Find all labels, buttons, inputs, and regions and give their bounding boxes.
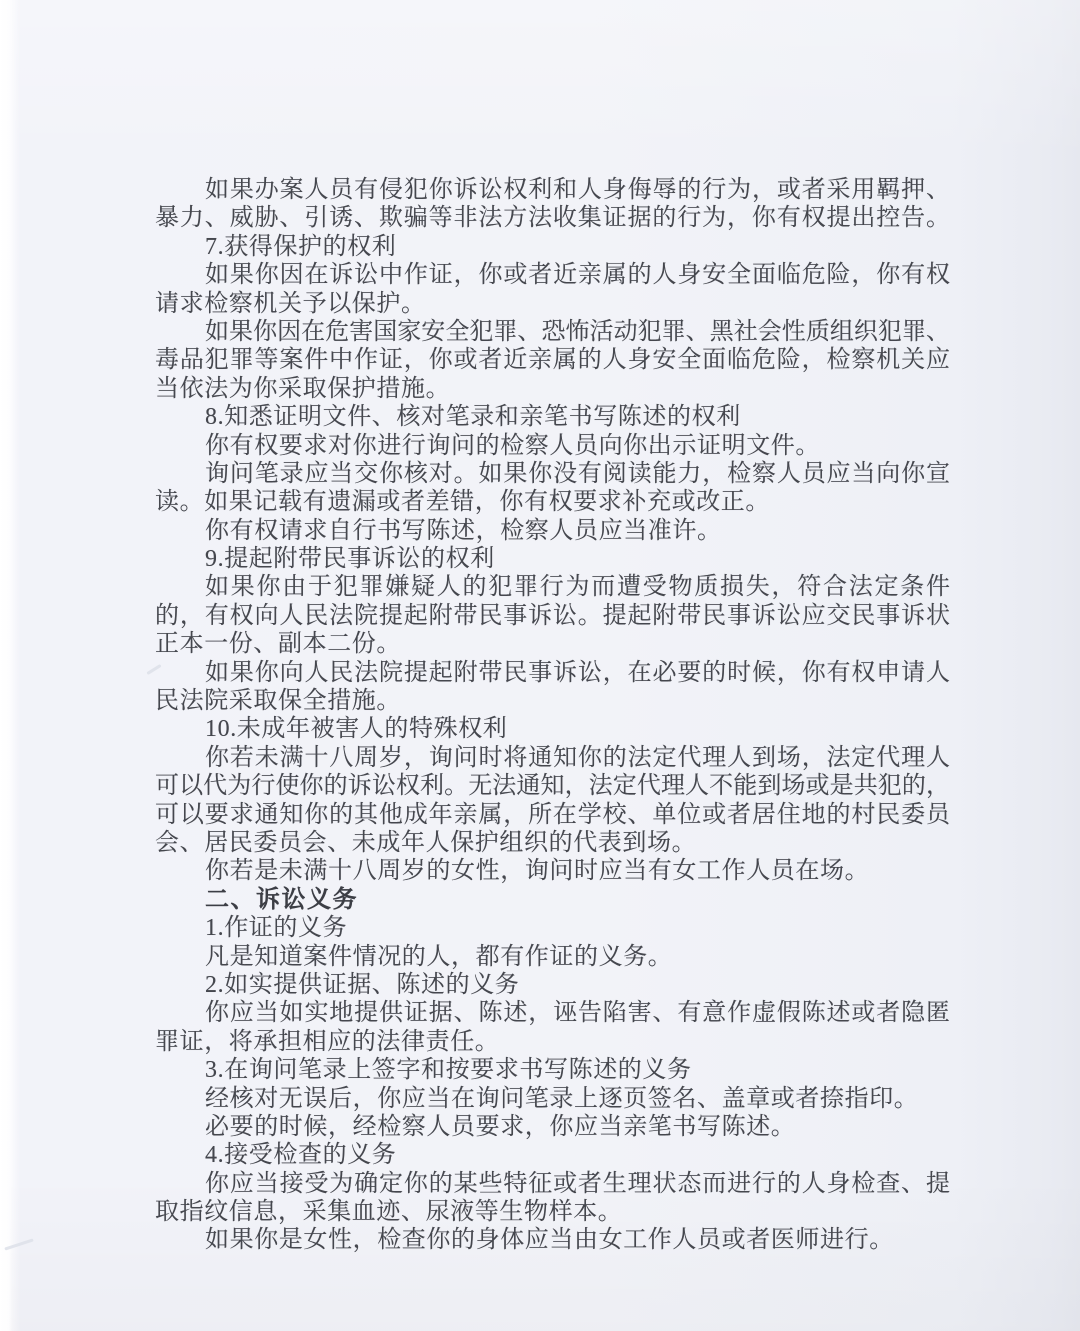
text-line: 当依法为你采取保护措施。 xyxy=(155,375,950,403)
text-line: 必要的时候，经检察人员要求，你应当亲笔书写陈述。 xyxy=(155,1113,950,1141)
text-line: 凡是知道案件情况的人，都有作证的义务。 xyxy=(155,943,950,971)
section-heading: 7.获得保护的权利 xyxy=(155,233,950,261)
text-line: 如果你因在危害国家安全犯罪、恐怖活动犯罪、黑社会性质组织犯罪、 xyxy=(155,318,950,346)
text-line: 你若未满十八周岁，询问时将通知你的法定代理人到场，法定代理人 xyxy=(155,744,950,772)
text-line: 毒品犯罪等案件中作证，你或者近亲属的人身安全面临危险，检察机关应 xyxy=(155,346,950,374)
text-line: 如果你向人民法院提起附带民事诉讼，在必要的时候，你有权申请人 xyxy=(155,659,950,687)
text-line: 你有权请求自行书写陈述，检察人员应当准许。 xyxy=(155,517,950,545)
text-line: 取指纹信息，采集血迹、尿液等生物样本。 xyxy=(155,1198,950,1226)
text-line: 暴力、威胁、引诱、欺骗等非法方法收集证据的行为，你有权提出控告。 xyxy=(155,204,950,232)
document-text-block: 如果办案人员有侵犯你诉讼权利和人身侮辱的行为，或者采用羁押、 暴力、威胁、引诱、… xyxy=(155,176,950,1255)
paper-left-edge xyxy=(0,0,12,1331)
text-line: 如果你是女性，检查你的身体应当由女工作人员或者医师进行。 xyxy=(155,1226,950,1254)
text-line: 如果你因在诉讼中作证，你或者近亲属的人身安全面临危险，你有权 xyxy=(155,261,950,289)
text-line: 读。如果记载有遗漏或者差错，你有权要求补充或改正。 xyxy=(155,488,950,516)
text-line: 正本一份、副本二份。 xyxy=(155,630,950,658)
section-heading: 1.作证的义务 xyxy=(155,914,950,942)
text-line: 你有权要求对你进行询问的检察人员向你出示证明文件。 xyxy=(155,432,950,460)
text-line: 你应当接受为确定你的某些特征或者生理状态而进行的人身检查、提 xyxy=(155,1170,950,1198)
document-page: 如果办案人员有侵犯你诉讼权利和人身侮辱的行为，或者采用羁押、 暴力、威胁、引诱、… xyxy=(0,0,1080,1331)
chapter-heading: 二、诉讼义务 xyxy=(155,886,950,914)
section-heading: 2.如实提供证据、陈述的义务 xyxy=(155,971,950,999)
text-line: 民法院采取保全措施。 xyxy=(155,687,950,715)
text-line: 如果你由于犯罪嫌疑人的犯罪行为而遭受物质损失，符合法定条件 xyxy=(155,573,950,601)
text-line: 的，有权向人民法院提起附带民事诉讼。提起附带民事诉讼应交民事诉状 xyxy=(155,602,950,630)
text-line: 你应当如实地提供证据、陈述，诬告陷害、有意作虚假陈述或者隐匿 xyxy=(155,999,950,1027)
text-line: 罪证，将承担相应的法律责任。 xyxy=(155,1028,950,1056)
section-heading: 9.提起附带民事诉讼的权利 xyxy=(155,545,950,573)
section-heading: 8.知悉证明文件、核对笔录和亲笔书写陈述的权利 xyxy=(155,403,950,431)
text-line: 如果办案人员有侵犯你诉讼权利和人身侮辱的行为，或者采用羁押、 xyxy=(155,176,950,204)
section-heading: 10.未成年被害人的特殊权利 xyxy=(155,715,950,743)
text-line: 可以代为行使你的诉讼权利。无法通知，法定代理人不能到场或是共犯的， xyxy=(155,772,950,800)
text-line: 你若是未满十八周岁的女性，询问时应当有女工作人员在场。 xyxy=(155,857,950,885)
text-line: 可以要求通知你的其他成年亲属，所在学校、单位或者居住地的村民委员 xyxy=(155,801,950,829)
text-line: 会、居民委员会、未成年人保护组织的代表到场。 xyxy=(155,829,950,857)
section-heading: 3.在询问笔录上签字和按要求书写陈述的义务 xyxy=(155,1056,950,1084)
section-heading: 4.接受检查的义务 xyxy=(155,1141,950,1169)
text-line: 询问笔录应当交你核对。如果你没有阅读能力，检察人员应当向你宣 xyxy=(155,460,950,488)
text-line: 请求检察机关予以保护。 xyxy=(155,290,950,318)
text-line: 经核对无误后，你应当在询问笔录上逐页签名、盖章或者捺指印。 xyxy=(155,1085,950,1113)
